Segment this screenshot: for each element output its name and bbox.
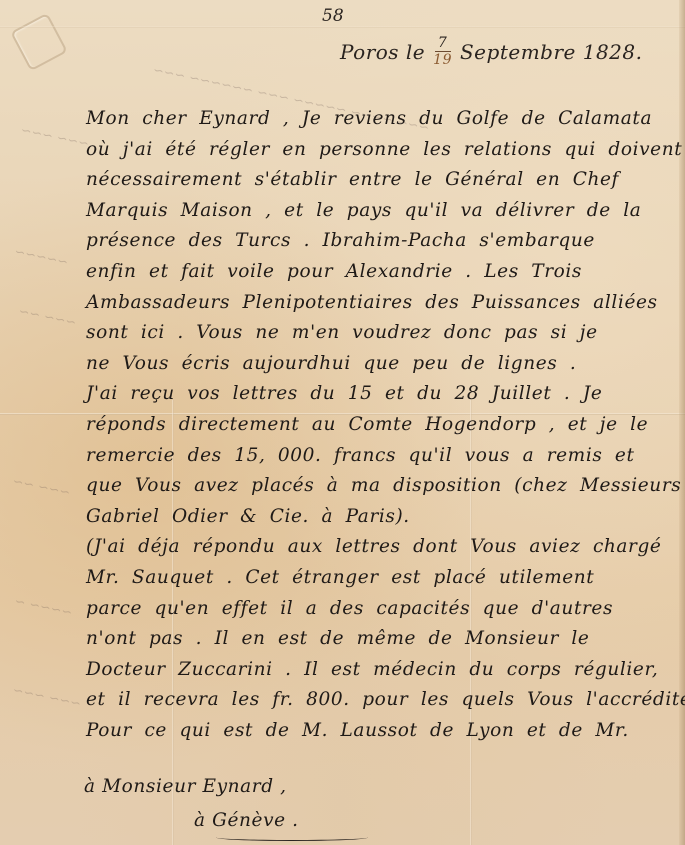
dateline-day-fraction: 7 19 (433, 36, 452, 67)
letter-line: que Vous avez placés à ma disposition (c… (86, 471, 666, 502)
letter-page: ~~~ ~~~~ ~~~~~ ~~~ ~~~~~~ ~~~ ~~~ ~~~ ~~… (0, 0, 685, 845)
letter-line: Docteur Zuccarini . Il est médecin du co… (86, 655, 666, 686)
letter-line: Ambassadeurs Plenipotentiaires des Puiss… (86, 288, 666, 319)
letter-line: remercie des 15, 000. francs qu'il vous … (86, 441, 666, 472)
bleed-through-text: ~~~ ~~~ (11, 683, 82, 712)
embossed-stamp (10, 13, 68, 72)
letter-line: où j'ai été régler en personne les relat… (86, 135, 666, 166)
page-number: 58 (322, 6, 344, 26)
letter-line: (J'ai déja répondu aux lettres dont Vous… (86, 532, 666, 563)
letter-body: Mon cher Eynard , Je reviens du Golfe de… (86, 104, 666, 746)
address-city: à Génève . (84, 804, 299, 838)
letter-line: Gabriel Odier & Cie. à Paris). (86, 502, 666, 533)
letter-line: n'ont pas . Il en est de même de Monsieu… (86, 624, 666, 655)
letter-line: nécessairement s'établir entre le Généra… (86, 165, 666, 196)
letter-line: Pour ce qui est de M. Laussot de Lyon et… (86, 716, 666, 747)
fold-line (0, 26, 685, 28)
paper-edge (679, 0, 685, 845)
letter-line: enfin et fait voile pour Alexandrie . Le… (86, 257, 666, 288)
day-old-style: 7 (438, 36, 447, 50)
letter-line: et il recevra les fr. 800. pour les quel… (86, 685, 666, 716)
letter-line: J'ai reçu vos lettres du 15 et du 28 Jui… (86, 379, 666, 410)
letter-line: Mon cher Eynard , Je reviens du Golfe de… (86, 104, 666, 135)
letter-line: ne Vous écris aujourdhui que peu de lign… (86, 349, 666, 380)
letter-line: Mr. Sauquet . Cet étranger est placé uti… (86, 563, 666, 594)
dateline: Poros le 7 19 Septembre 1828. (340, 36, 642, 67)
letter-line: parce qu'en effet il a des capacités que… (86, 594, 666, 625)
bleed-through-text: ~~~ ~~ (17, 304, 77, 331)
letter-line: présence des Turcs . Ibrahim-Pacha s'emb… (86, 226, 666, 257)
day-new-style: 19 (433, 53, 452, 67)
letter-line: réponds directement au Comte Hogendorp ,… (86, 410, 666, 441)
address-recipient: à Monsieur Eynard , (84, 770, 299, 804)
letter-line: sont ici . Vous ne m'en voudrez donc pas… (86, 318, 666, 349)
address-block: à Monsieur Eynard , à Génève . (84, 770, 299, 838)
underline-flourish (216, 834, 368, 841)
bleed-through-text: ~~~ ~~~ (19, 123, 90, 152)
bleed-through-text: ~~~~ ~ (13, 594, 73, 621)
dateline-place: Poros le (340, 40, 425, 64)
dateline-month-year: Septembre 1828. (460, 40, 643, 64)
bleed-through-text: ~~~~~ (13, 245, 69, 271)
bleed-through-text: ~~~ ~~ (11, 474, 71, 501)
address-city-text: à Génève . (194, 810, 299, 831)
letter-line: Marquis Maison , et le pays qu'il va dél… (86, 196, 666, 227)
